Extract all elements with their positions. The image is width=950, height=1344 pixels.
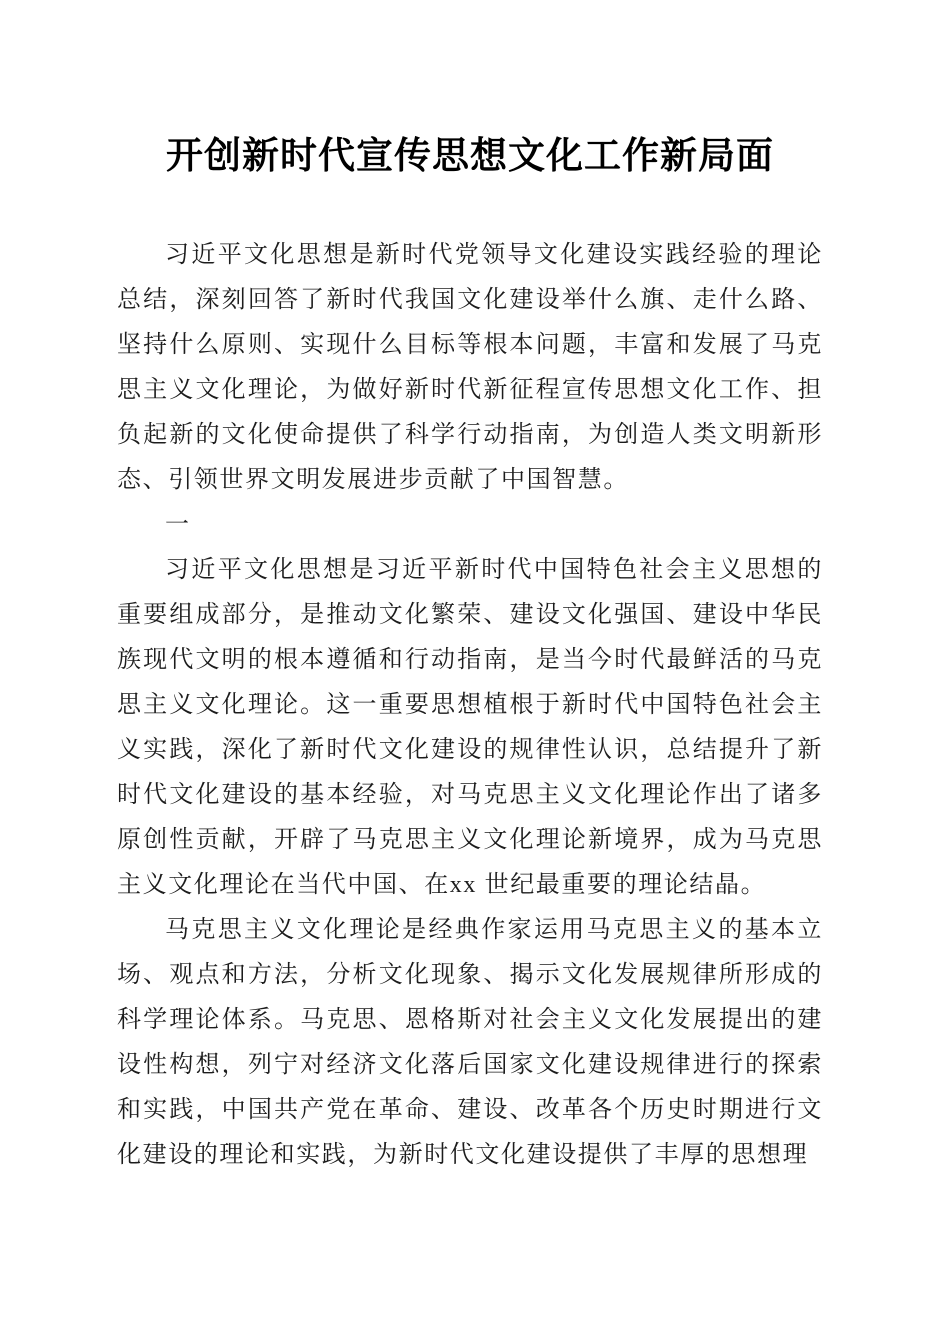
paragraph-section-one-a: 习近平文化思想是习近平新时代中国特色社会主义思想的重要组成部分，是推动文化繁荣、… (117, 548, 823, 908)
document-body: 习近平文化思想是新时代党领导文化建设实践经验的理论总结，深刻回答了新时代我国文化… (117, 233, 823, 1178)
paragraph-section-one-b: 马克思主义文化理论是经典作家运用马克思主义的基本立场、观点和方法，分析文化现象、… (117, 908, 823, 1178)
document-title: 开创新时代宣传思想文化工作新局面 (117, 130, 823, 184)
document-page: 开创新时代宣传思想文化工作新局面 习近平文化思想是新时代党领导文化建设实践经验的… (0, 0, 950, 1344)
section-marker-one: 一 (117, 503, 823, 548)
paragraph-intro: 习近平文化思想是新时代党领导文化建设实践经验的理论总结，深刻回答了新时代我国文化… (117, 233, 823, 503)
